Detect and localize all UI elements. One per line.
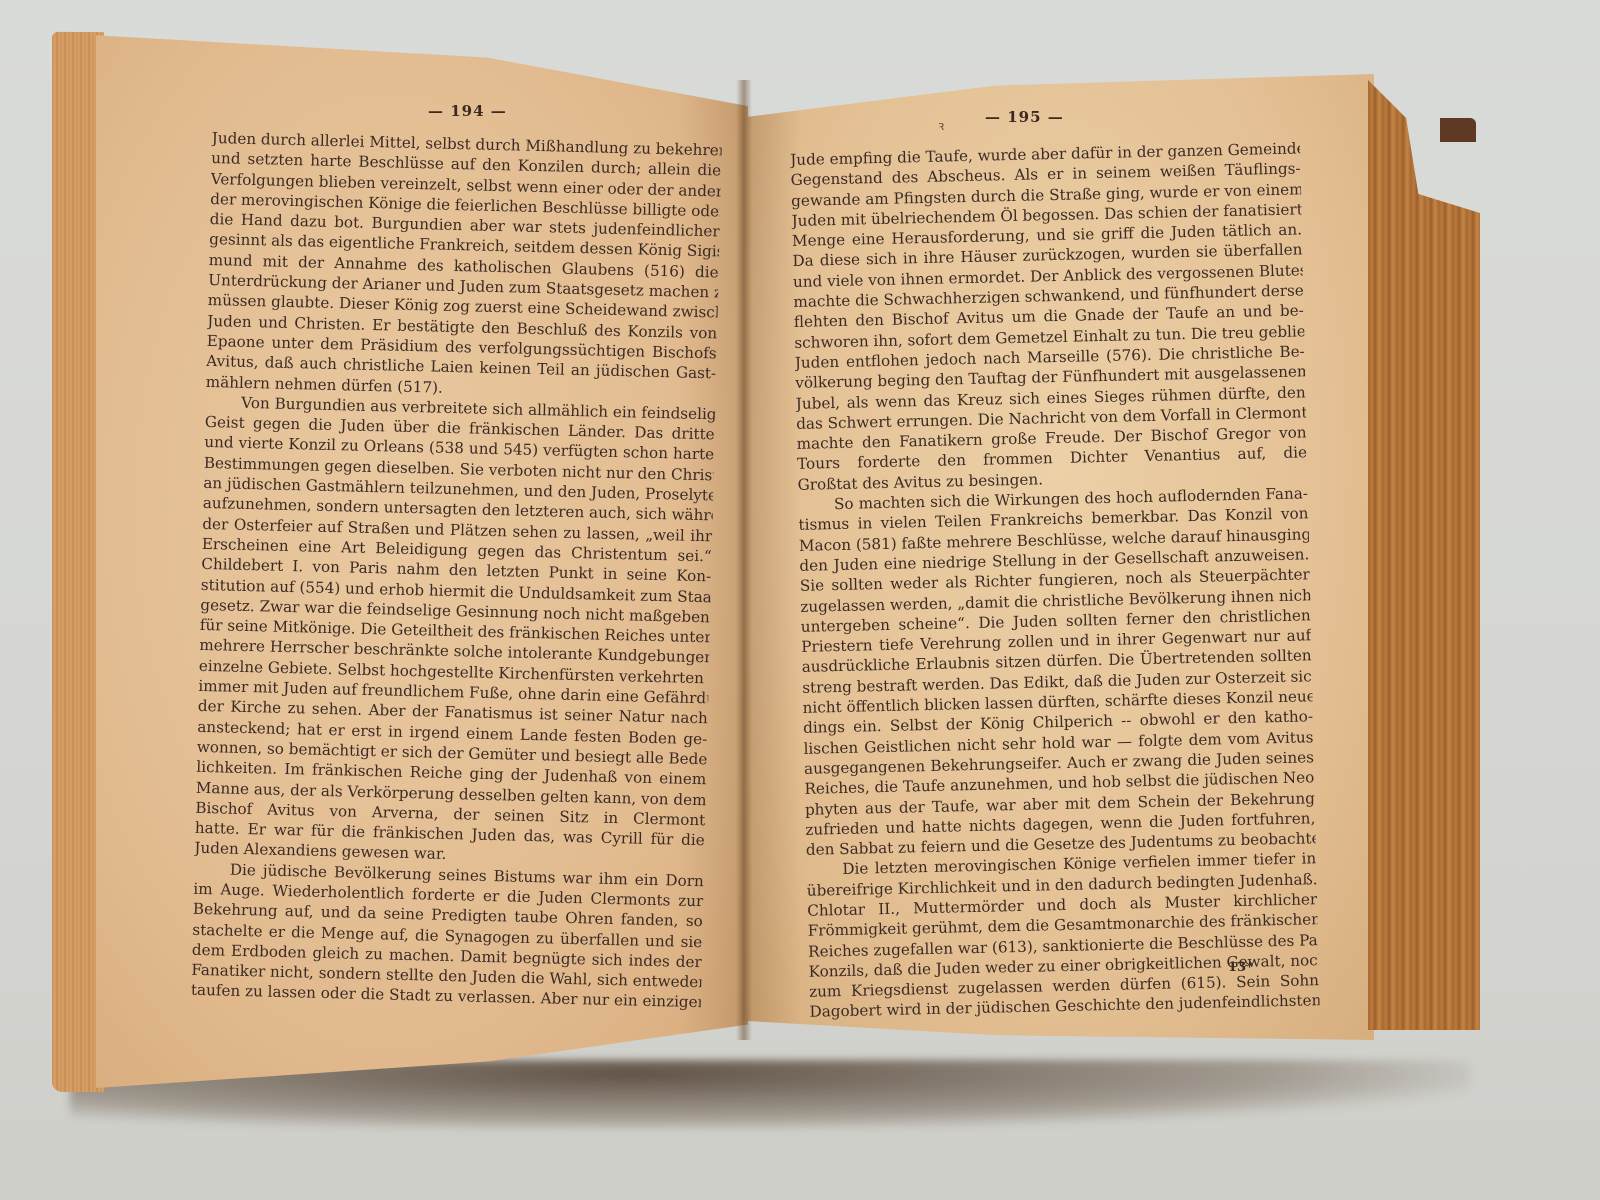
right-page-corner-mark: ꝛ — [938, 116, 944, 134]
right-page-edges — [1368, 80, 1480, 1030]
printer-signature-mark: 13* — [1228, 960, 1253, 975]
right-page-number: — 195 — — [985, 108, 1064, 126]
book-cover-corner — [1440, 118, 1476, 142]
left-page-text: Juden durch allerlei Mittel, selbst durc… — [191, 128, 722, 1013]
book-gutter — [736, 80, 752, 1040]
left-page-number: — 194 — — [428, 102, 507, 120]
right-page-text: Jude empfing die Taufe, wurde aber dafür… — [790, 138, 1320, 1022]
